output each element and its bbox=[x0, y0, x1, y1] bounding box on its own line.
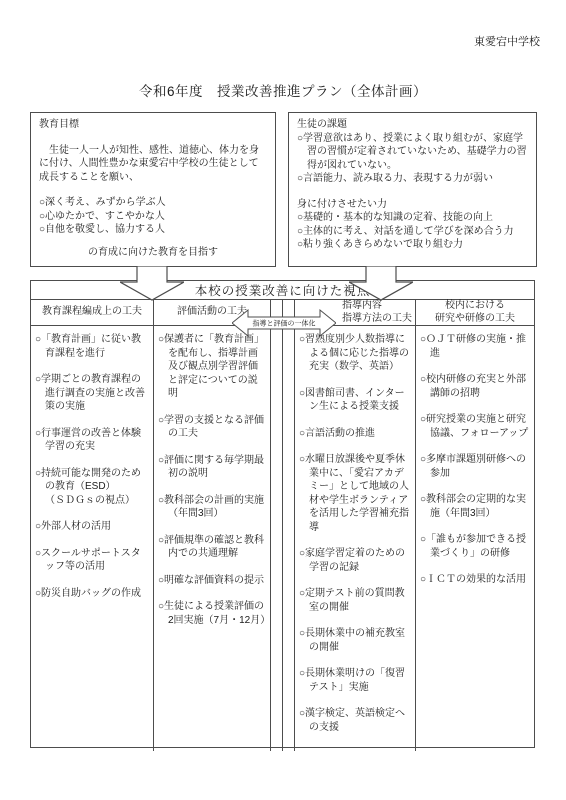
plan-item: ○生徒による授業評価の2回実施（7月・12月） bbox=[158, 600, 267, 627]
plan-item: ○明確な評価資料の提示 bbox=[158, 574, 267, 588]
plan-item: ○ＯＪＴ研修の実施・推進 bbox=[420, 333, 531, 360]
plan-item: ○スクールサポートスタッフ等の活用 bbox=[35, 547, 150, 574]
plan-item: ○「教育計画」に従い教育課程を進行 bbox=[35, 333, 150, 360]
plan-item: ○長期休業明けの「復習テスト」実施 bbox=[299, 667, 412, 694]
column-evaluation: ○保護者に「教育計画」を配布し、指導計画及び観点別学習評価と評定についての説明○… bbox=[154, 326, 271, 751]
plan-item: ○防災自助バッグの作成 bbox=[35, 587, 150, 601]
goal-item: ○心ゆたかで、すこやかな人 bbox=[39, 210, 267, 224]
column-curriculum: ○「教育計画」に従い教育課程を進行○学期ごとの教育課程の進行調査の実施と改善策の… bbox=[31, 326, 154, 751]
viewpoint-banner: 本校の授業改善に向けた視点 bbox=[31, 281, 534, 300]
two-way-arrow-label: 指導と評価の一体化 bbox=[253, 319, 316, 328]
plan-item: ○持続可能な開発のための教育（ESD） （ＳＤＧｓの視点） bbox=[35, 467, 150, 508]
plan-item: ○評価規準の確認と教科内での共通理解 bbox=[158, 534, 267, 561]
plan-item: ○多摩市課題別研修への参加 bbox=[420, 453, 531, 480]
goal-heading: 教育目標 bbox=[39, 118, 267, 132]
skill-item: ○粘り強くあきらめないで取り組む力 bbox=[297, 238, 528, 252]
issue-item: ○言語能力、読み取る力、表現する力が弱い bbox=[297, 172, 528, 186]
plan-item: ○学期ごとの教育課程の進行調査の実施と改善策の実施 bbox=[35, 373, 150, 414]
column-research: ○ＯＪＴ研修の実施・推進○校内研修の充実と外部講師の招聘○研究授業の実施と研究協… bbox=[416, 326, 534, 751]
goal-footer: の育成に向けた教育を目指す bbox=[39, 246, 267, 262]
viewpoint-table: 本校の授業改善に向けた視点 教育課程編成上の工夫 評価活動の工夫 指導内容 指導… bbox=[30, 280, 535, 748]
plan-item: ○校内研修の充実と外部講師の招聘 bbox=[420, 373, 531, 400]
education-goal-box: 教育目標 生徒一人一人が知性、感性、道徳心、体力を身に付け、人間性豊かな東愛宕中… bbox=[30, 112, 276, 267]
skills-heading: 身に付けさせたい力 bbox=[297, 198, 528, 212]
plan-item: ○言語活動の推進 bbox=[299, 427, 412, 441]
goal-item-list: ○深く考え、みずから学ぶ人○心ゆたかで、すこやかな人○自他を敬愛し、協力する人 bbox=[39, 196, 267, 237]
skill-item-list: ○基礎的・基本的な知識の定着、技能の向上○主体的に考え、対話を通して学びを深め合… bbox=[297, 211, 528, 252]
student-issues-box: 生徒の課題 ○学習意欲はあり、授業によく取り組むが、家庭学習の習慣が定着されてい… bbox=[288, 112, 537, 267]
plan-item: ○教科部会の計画的実施 （年間3回） bbox=[158, 494, 267, 521]
goal-intro: 生徒一人一人が知性、感性、道徳心、体力を身に付け、人間性豊かな東愛宕中学校の生徒… bbox=[39, 144, 267, 185]
column-instruction: ○習熟度別少人数指導による個に応じた指導の充実（数学、英語）○図書館司書、インタ… bbox=[295, 326, 416, 751]
plan-item: ○習熟度別少人数指導による個に応じた指導の充実（数学、英語） bbox=[299, 333, 412, 374]
school-name: 東愛宕中学校 bbox=[474, 33, 540, 49]
plan-item: ○長期休業中の補充教室の開催 bbox=[299, 627, 412, 654]
plan-item: ○水曜日放課後や夏季休業中に、「愛宕アカデミー」として地域の人材や学生ボランティ… bbox=[299, 453, 412, 534]
plan-item: ○教科部会の定期的な実施（年間3回） bbox=[420, 493, 531, 520]
plan-item: ○定期テスト前の質問教室の開催 bbox=[299, 587, 412, 614]
document-page: 東愛宕中学校 令和6年度 授業改善推進プラン（全体計画） 教育目標 生徒一人一人… bbox=[0, 0, 566, 800]
goal-item: ○自他を敬愛し、協力する人 bbox=[39, 223, 267, 237]
plan-item: ○ＩＣＴの効果的な活用 bbox=[420, 573, 531, 587]
plan-item: ○研究授業の実施と研究協議、フォローアップ bbox=[420, 413, 531, 440]
column-header-research: 校内における 研究や研修の工夫 bbox=[416, 300, 534, 325]
plan-item: ○家庭学習定着のための学習の記録 bbox=[299, 547, 412, 574]
skill-item: ○主体的に考え、対話を通して学びを深め合う力 bbox=[297, 225, 528, 239]
issues-heading: 生徒の課題 bbox=[297, 118, 528, 132]
plan-item: ○評価に関する毎学期最初の説明 bbox=[158, 454, 267, 481]
plan-item: ○「誰もが参加できる授業づくり」の研修 bbox=[420, 533, 531, 560]
plan-item: ○学習の支援となる評価の工夫 bbox=[158, 414, 267, 441]
table-body-row: ○「教育計画」に従い教育課程を進行○学期ごとの教育課程の進行調査の実施と改善策の… bbox=[31, 326, 534, 751]
column-header-curriculum: 教育課程編成上の工夫 bbox=[31, 300, 154, 325]
plan-item: ○図書館司書、インターン生による授業支援 bbox=[299, 387, 412, 414]
two-way-arrow-icon: 指導と評価の一体化 bbox=[232, 308, 336, 338]
spacer-column bbox=[271, 326, 283, 751]
issue-item: ○学習意欲はあり、授業によく取り組むが、家庭学習の習慣が定着されていないため、基… bbox=[297, 132, 528, 173]
page-title: 令和6年度 授業改善推進プラン（全体計画） bbox=[0, 80, 566, 100]
goal-item: ○深く考え、みずから学ぶ人 bbox=[39, 196, 267, 210]
plan-item: ○保護者に「教育計画」を配布し、指導計画及び観点別学習評価と評定についての説明 bbox=[158, 333, 267, 401]
down-arrow-icon bbox=[120, 266, 184, 301]
issue-item-list: ○学習意欲はあり、授業によく取り組むが、家庭学習の習慣が定着されていないため、基… bbox=[297, 132, 528, 186]
spacer-column bbox=[283, 326, 295, 751]
plan-item: ○漢字検定、英語検定への支援 bbox=[299, 707, 412, 734]
plan-item: ○外部人材の活用 bbox=[35, 520, 150, 534]
plan-item: ○行事運営の改善と体験学習の充実 bbox=[35, 427, 150, 454]
skill-item: ○基礎的・基本的な知識の定着、技能の向上 bbox=[297, 211, 528, 225]
down-arrow-icon bbox=[349, 266, 413, 301]
